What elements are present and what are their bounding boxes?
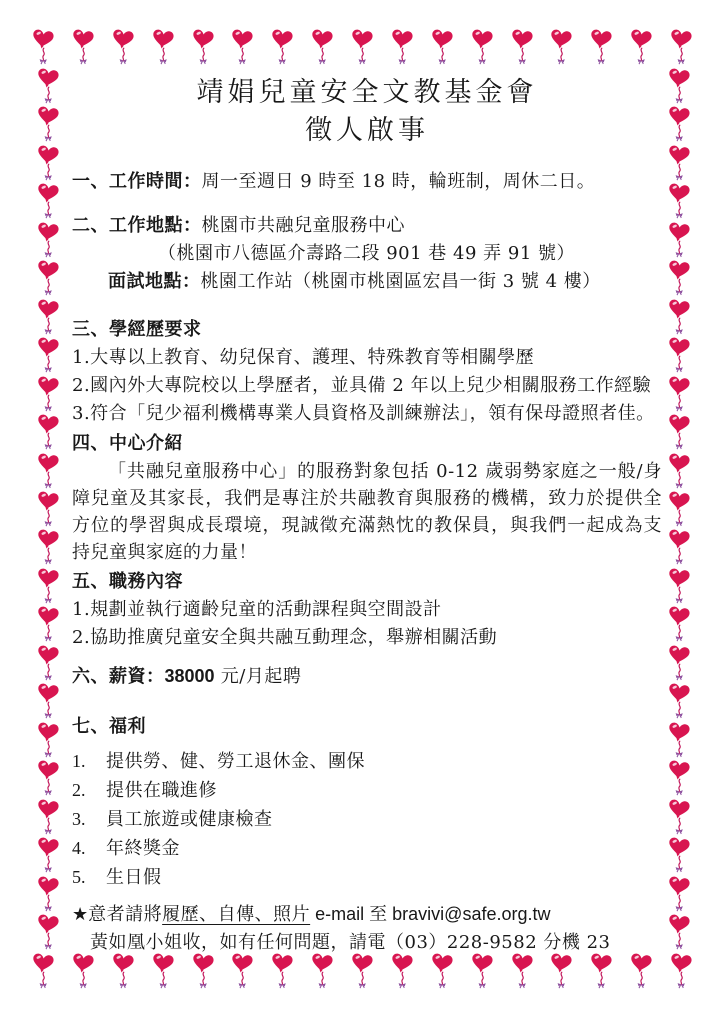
heart-border-left (33, 66, 63, 950)
work-place-text: 桃園市共融兒童服務中心 (202, 215, 406, 236)
page-title: 靖娟兒童安全文教基金會 (72, 74, 662, 112)
heart-balloon-icon (507, 27, 537, 65)
document-content: 靖娟兒童安全文教基金會 徵人啟事 一、工作時間：周一至週日 9 時至 18 時，… (72, 74, 662, 957)
heart-balloon-icon (28, 951, 58, 989)
work-place-label: 二、工作地點： (72, 215, 202, 236)
heart-balloon-icon (666, 951, 696, 989)
apply-documents: 履歷、自傳、照片 (162, 904, 310, 925)
star-icon: ★ (72, 904, 88, 925)
benefit-item: 1.提供勞、健、勞工退休金、團保 (72, 747, 662, 776)
heart-balloon-icon (33, 335, 63, 373)
contact-phone-line: 黃如凰小姐收，如有任何問題，請電（03）228-9582 分機 23 (72, 929, 662, 957)
heart-balloon-icon (664, 720, 694, 758)
work-time-label: 一、工作時間： (72, 171, 202, 192)
heart-balloon-icon (33, 912, 63, 950)
heart-balloon-icon (108, 27, 138, 65)
benefit-item: 5.生日假 (72, 863, 662, 892)
heart-balloon-icon (664, 527, 694, 565)
email-address: bravivi@safe.org.tw (392, 904, 550, 924)
heart-balloon-icon (664, 374, 694, 412)
heart-balloon-icon (664, 604, 694, 642)
qualification-item: 1.大專以上教育、幼兒保育、護理、特殊教育等相關學歷 (72, 344, 662, 372)
heart-balloon-icon (664, 143, 694, 181)
heart-balloon-icon (664, 104, 694, 142)
heart-balloon-icon (664, 181, 694, 219)
heart-balloon-icon (33, 374, 63, 412)
section-center-intro: 四、中心介紹 「共融兒童服務中心」的服務對象包括 0-12 歲弱勢家庭之一般/身… (72, 430, 662, 566)
page-subtitle: 徵人啟事 (72, 112, 662, 150)
heart-balloon-icon (664, 797, 694, 835)
heart-balloon-icon (664, 758, 694, 796)
heart-balloon-icon (664, 489, 694, 527)
benefit-item: 2.提供在職進修 (72, 776, 662, 805)
heart-balloon-icon (33, 527, 63, 565)
heart-balloon-icon (664, 566, 694, 604)
heart-balloon-icon (664, 412, 694, 450)
section-duties: 五、職務內容 1.規劃並執行適齡兒童的活動課程與空間設計 2.協助推廣兒童安全與… (72, 568, 662, 652)
heart-balloon-icon (33, 143, 63, 181)
footer-contact: ★意者請將履歷、自傳、照片 e-mail 至 bravivi@safe.org.… (72, 900, 662, 957)
section-benefits: 七、福利 1.提供勞、健、勞工退休金、團保 2.提供在職進修 3.員工旅遊或健康… (72, 713, 662, 892)
benefit-list: 1.提供勞、健、勞工退休金、團保 2.提供在職進修 3.員工旅遊或健康檢查 4.… (72, 747, 662, 892)
benefit-item: 4.年終獎金 (72, 834, 662, 863)
heart-border-bottom (28, 951, 696, 991)
heart-balloon-icon (33, 181, 63, 219)
work-place-line: 二、工作地點：桃園市共融兒童服務中心 (72, 212, 662, 240)
heart-balloon-icon (33, 874, 63, 912)
section-work-place: 二、工作地點：桃園市共融兒童服務中心 （桃園市八德區介壽路二段 901 巷 49… (72, 212, 662, 296)
heart-balloon-icon (33, 835, 63, 873)
heart-balloon-icon (626, 27, 656, 65)
heart-border-top (28, 27, 696, 67)
qualification-item: 2.國內外大專院校以上學歷者，並具備 2 年以上兒少相關服務工作經驗 (72, 372, 662, 400)
heart-balloon-icon (33, 66, 63, 104)
heart-balloon-icon (33, 566, 63, 604)
benefit-item: 3.員工旅遊或健康檢查 (72, 805, 662, 834)
work-place-address: （桃園市八德區介壽路二段 901 巷 49 弄 91 號） (72, 240, 662, 268)
heart-balloon-icon (227, 27, 257, 65)
interview-place-line: 面試地點：桃園工作站（桃園市桃園區宏昌一街 3 號 4 樓） (72, 268, 662, 296)
interview-place-text: 桃園工作站（桃園市桃園區宏昌一街 3 號 4 樓） (201, 271, 601, 292)
heart-balloon-icon (427, 27, 457, 65)
heart-balloon-icon (33, 681, 63, 719)
duties-label: 五、職務內容 (72, 571, 183, 592)
heart-balloon-icon (188, 27, 218, 65)
center-intro-paragraph: 「共融兒童服務中心」的服務對象包括 0-12 歲弱勢家庭之一般/身障兒童及其家長… (72, 458, 662, 566)
heart-balloon-icon (33, 258, 63, 296)
heart-balloon-icon (664, 335, 694, 373)
salary-label: 六、薪資： (72, 666, 165, 687)
section-qualifications: 三、學經歷要求 1.大專以上教育、幼兒保育、護理、特殊教育等相關學歷 2.國內外… (72, 316, 662, 428)
salary-amount: 38000 (165, 666, 215, 686)
heart-balloon-icon (28, 27, 58, 65)
heart-balloon-icon (664, 297, 694, 335)
heart-balloon-icon (33, 220, 63, 258)
salary-suffix: 元/月起聘 (215, 666, 302, 687)
heart-balloon-icon (33, 758, 63, 796)
heart-balloon-icon (664, 220, 694, 258)
heart-balloon-icon (33, 451, 63, 489)
heart-balloon-icon (664, 681, 694, 719)
heart-balloon-icon (33, 720, 63, 758)
apply-line: ★意者請將履歷、自傳、照片 e-mail 至 bravivi@safe.org.… (72, 900, 662, 929)
heart-balloon-icon (33, 604, 63, 642)
heart-balloon-icon (467, 27, 497, 65)
heart-balloon-icon (546, 27, 576, 65)
section-work-time: 一、工作時間：周一至週日 9 時至 18 時，輪班制，周休二日。 (72, 168, 662, 196)
heart-balloon-icon (307, 27, 337, 65)
center-intro-label: 四、中心介紹 (72, 433, 183, 454)
qualifications-label: 三、學經歷要求 (72, 319, 202, 340)
heart-balloon-icon (347, 27, 377, 65)
heart-balloon-icon (33, 797, 63, 835)
work-time-text: 周一至週日 9 時至 18 時，輪班制，周休二日。 (202, 171, 596, 192)
heart-balloon-icon (33, 297, 63, 335)
heart-balloon-icon (33, 412, 63, 450)
section-salary: 六、薪資：38000 元/月起聘 (72, 662, 662, 691)
heart-balloon-icon (267, 27, 297, 65)
heart-balloon-icon (33, 643, 63, 681)
duty-item: 1.規劃並執行適齡兒童的活動課程與空間設計 (72, 596, 662, 624)
heart-balloon-icon (148, 27, 178, 65)
benefits-label: 七、福利 (72, 716, 146, 737)
duty-item: 2.協助推廣兒童安全與共融互動理念，舉辦相關活動 (72, 624, 662, 652)
heart-balloon-icon (664, 835, 694, 873)
heart-balloon-icon (33, 104, 63, 142)
heart-balloon-icon (664, 643, 694, 681)
heart-balloon-icon (586, 27, 616, 65)
heart-balloon-icon (68, 27, 98, 65)
heart-balloon-icon (387, 27, 417, 65)
heart-balloon-icon (664, 912, 694, 950)
email-mid: e-mail 至 (310, 904, 392, 924)
qualification-item: 3.符合「兒少福利機構專業人員資格及訓練辦法」，領有保母證照者佳。 (72, 400, 662, 428)
apply-prefix: 意者請將 (88, 904, 162, 925)
heart-balloon-icon (664, 451, 694, 489)
heart-balloon-icon (664, 66, 694, 104)
heart-balloon-icon (664, 874, 694, 912)
heart-balloon-icon (666, 27, 696, 65)
job-posting-page: 靖娟兒童安全文教基金會 徵人啟事 一、工作時間：周一至週日 9 時至 18 時，… (0, 0, 724, 1024)
heart-balloon-icon (664, 258, 694, 296)
interview-place-label: 面試地點： (108, 271, 201, 292)
heart-balloon-icon (33, 489, 63, 527)
heart-border-right (664, 66, 694, 950)
